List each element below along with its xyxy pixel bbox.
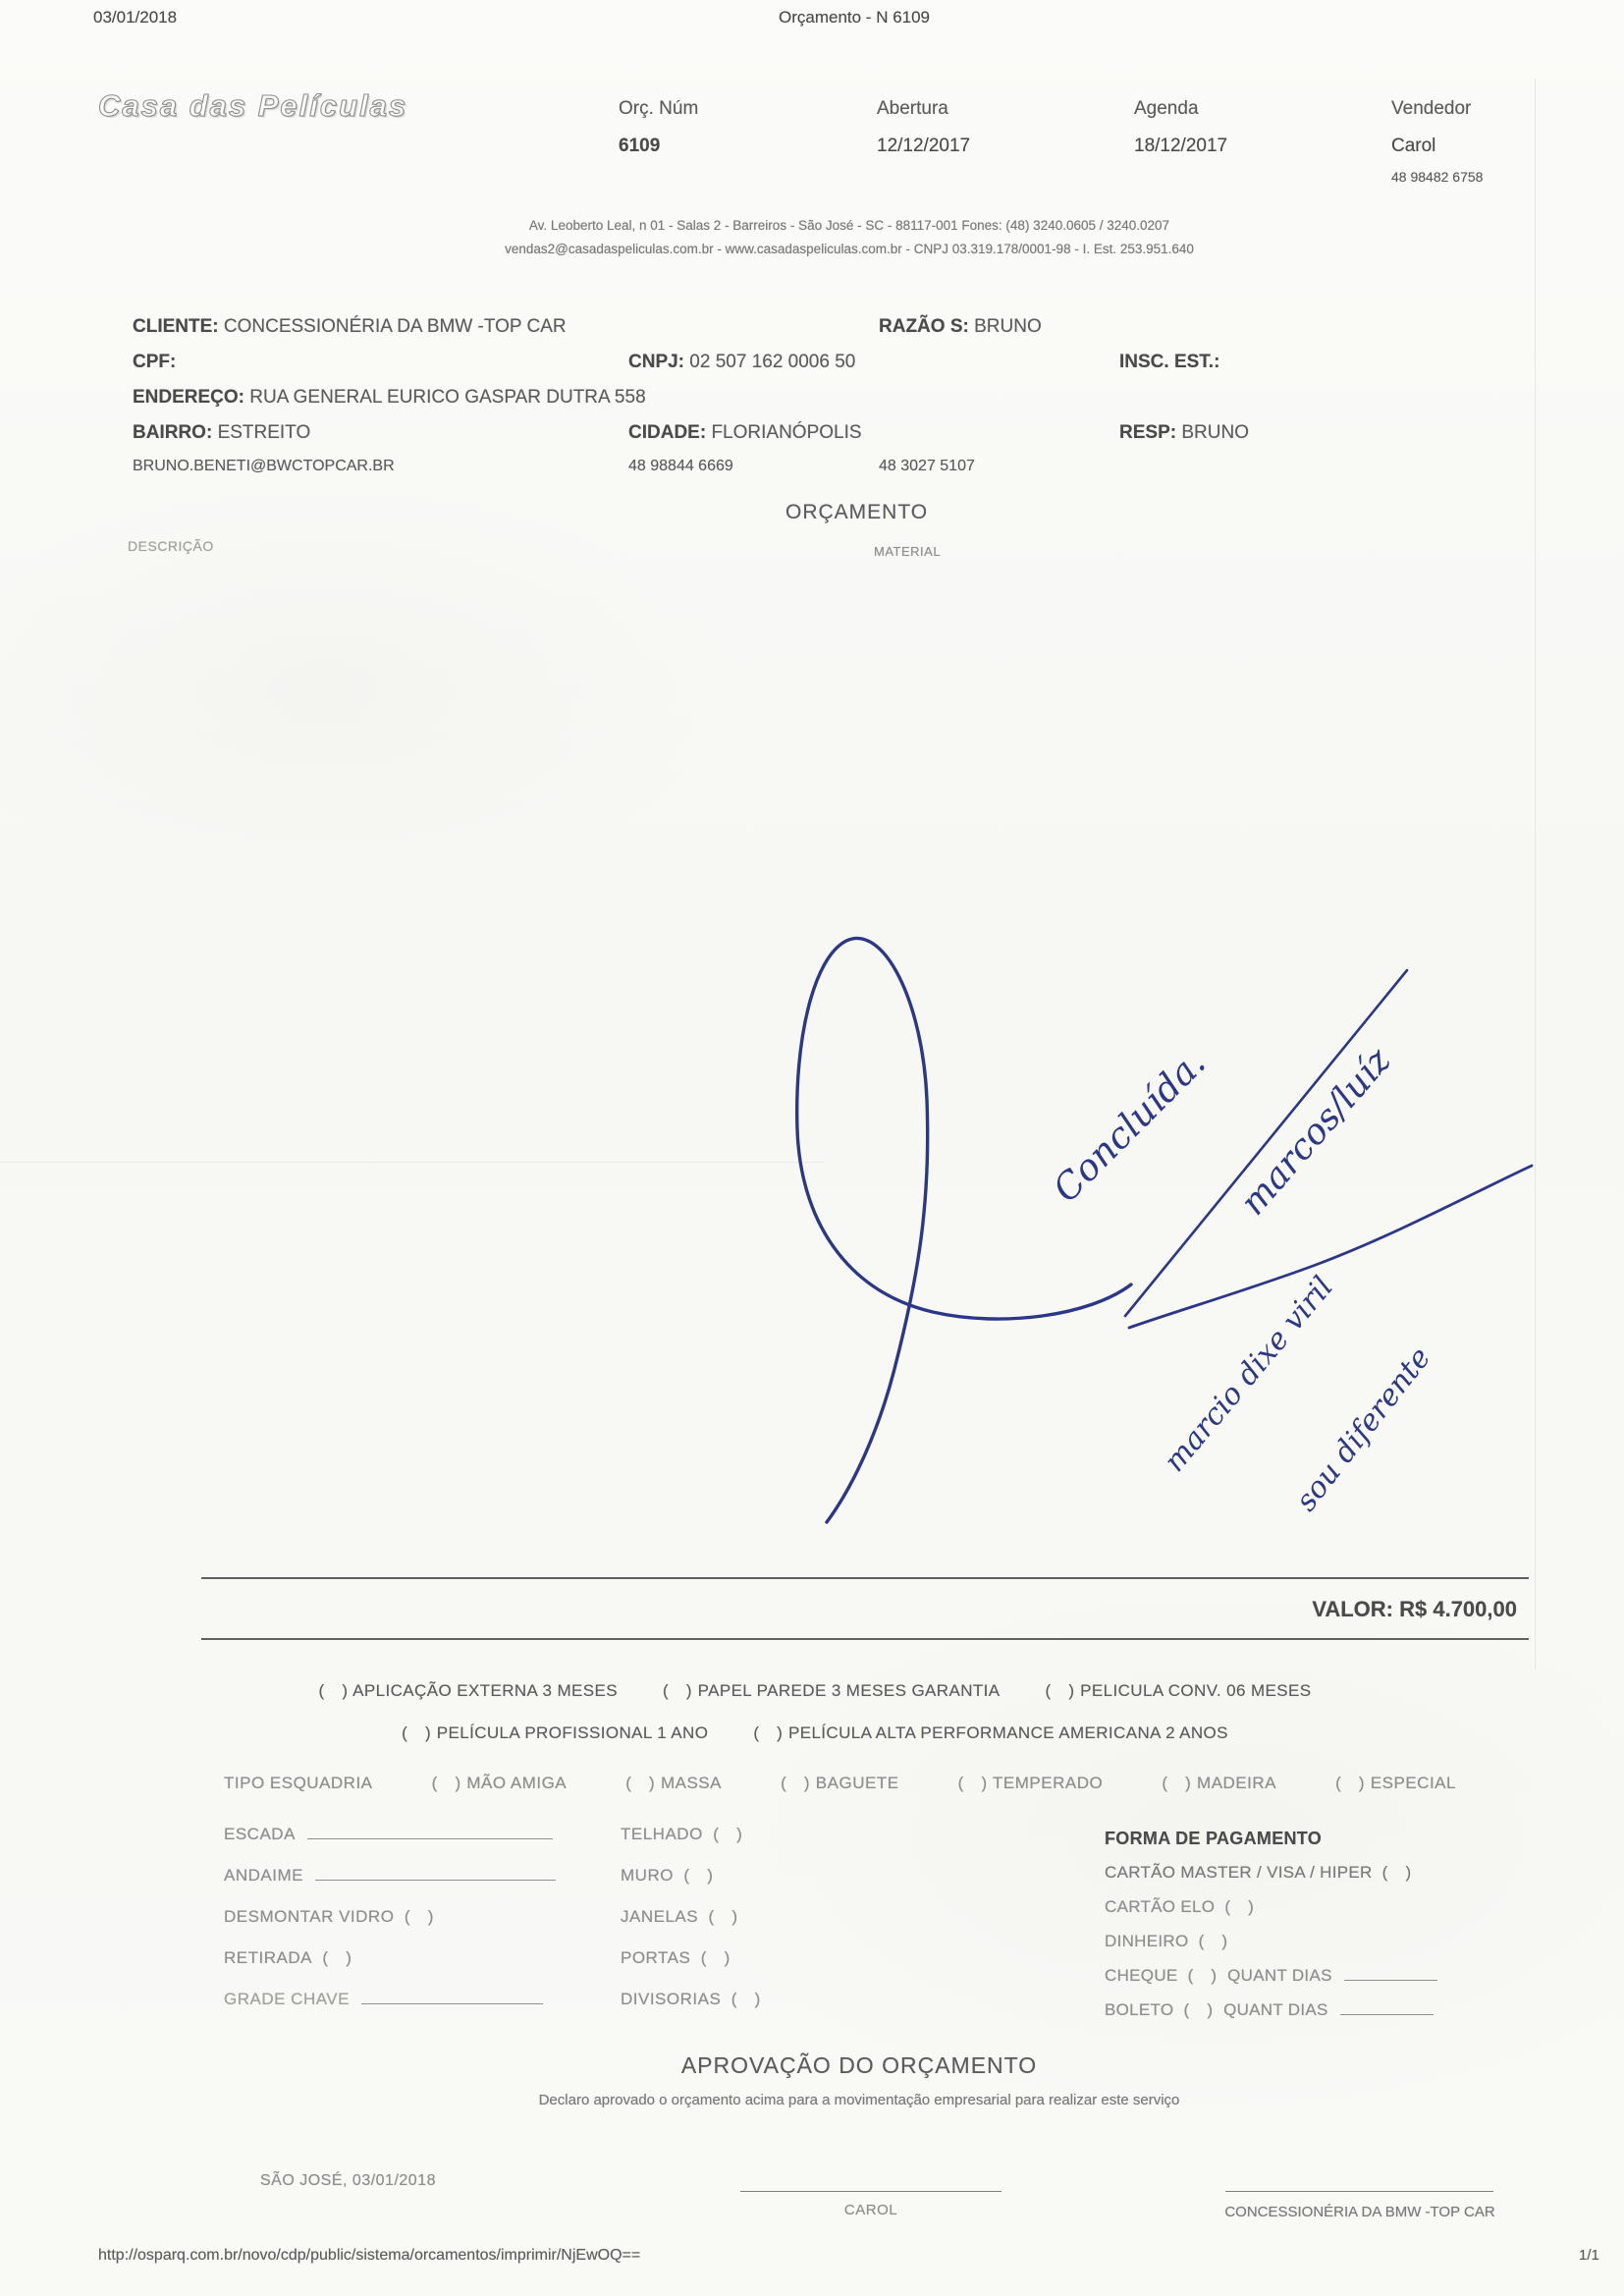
checkbox-glyph: ( ): [1162, 1774, 1192, 1792]
payment-item-dinheiro: DINHEIRO ( ): [1105, 1932, 1437, 1966]
work-item-grade-chave: GRADE CHAVE: [224, 1990, 556, 2031]
checkbox-glyph: ( ): [709, 1907, 739, 1926]
esquadria-row: TIPO ESQUADRIA ( ) MÃO AMIGA ( ) MASSA (…: [224, 1774, 1456, 1793]
payment-item-label: DINHEIRO: [1105, 1932, 1189, 1950]
esquadria-option: ( ) MASSA: [625, 1774, 722, 1793]
scanned-budget-document: 03/01/2018 Orçamento - N 6109 Casa das P…: [0, 0, 1624, 2296]
warranty-option-label: PELÍCULA ALTA PERFORMANCE AMERICANA 2 AN…: [788, 1723, 1228, 1742]
approval-title: APROVAÇÃO DO ORÇAMENTO: [0, 2052, 1624, 2079]
esquadria-option-label: TEMPERADO: [993, 1774, 1103, 1792]
checkbox-glyph: ( ): [625, 1774, 656, 1792]
work-item-muro: MURO ( ): [621, 1866, 761, 1907]
fill-in-line: [1340, 2000, 1434, 2015]
footer-url: http://osparq.com.br/novo/cdp/public/sis…: [98, 2247, 640, 2265]
checkbox-glyph: ( ): [683, 1866, 714, 1885]
work-item-label: DIVISORIAS: [621, 1990, 721, 2008]
checkbox-glyph: ( ): [1335, 1774, 1366, 1792]
esquadria-option: ( ) MÃO AMIGA: [432, 1774, 568, 1793]
work-item-telhado: TELHADO ( ): [621, 1825, 761, 1866]
checkbox-glyph: ( ): [781, 1774, 811, 1792]
esquadria-option: ( ) BAGUETE: [781, 1774, 898, 1793]
work-item-label: RETIRADA: [224, 1948, 312, 1967]
valor-bottom-rule: [201, 1638, 1529, 1640]
esquadria-option-label: MASSA: [661, 1774, 722, 1792]
work-item-divisorias: DIVISORIAS ( ): [621, 1990, 761, 2031]
payment-item-cartao-elo: CARTÃO ELO ( ): [1105, 1897, 1437, 1932]
checkbox-glyph: ( ): [1382, 1863, 1413, 1882]
work-item-label: MURO: [621, 1866, 674, 1885]
checkbox-glyph: ( ): [322, 1948, 352, 1967]
work-options-left-column: ESCADA ANDAIME DESMONTAR VIDRO ( ) RETIR…: [224, 1825, 556, 2031]
valor-top-rule: [201, 1577, 1529, 1579]
warranty-options-row-1: ( ) APLICAÇÃO EXTERNA 3 MESES ( ) PAPEL …: [177, 1681, 1453, 1701]
work-item-label: GRADE CHAVE: [224, 1990, 350, 2008]
fill-in-line: [1344, 1966, 1437, 1981]
warranty-option-label: PELÍCULA PROFISSIONAL 1 ANO: [437, 1723, 709, 1742]
warranty-option-label: PELICULA CONV. 06 MESES: [1080, 1681, 1311, 1700]
work-item-desmontar-vidro: DESMONTAR VIDRO ( ): [224, 1907, 556, 1948]
valor-total: VALOR: R$ 4.700,00: [1164, 1597, 1517, 1622]
work-item-label: TELHADO: [621, 1825, 703, 1843]
work-item-label: ESCADA: [224, 1825, 296, 1843]
signature-line-vendor: [740, 2191, 1001, 2192]
esquadria-option: ( ) ESPECIAL: [1335, 1774, 1456, 1793]
checkbox-glyph: ( ): [713, 1825, 743, 1843]
esquadria-option: ( ) MADEIRA: [1162, 1774, 1276, 1793]
place-and-date: SÃO JOSÉ, 03/01/2018: [260, 2172, 436, 2190]
warranty-option: ( ) PELÍCULA PROFISSIONAL 1 ANO: [402, 1723, 708, 1743]
payment-item-cheque: CHEQUE ( ) QUANT DIAS: [1105, 1966, 1437, 2000]
checkbox-glyph: ( ): [402, 1723, 432, 1742]
arrow-upper-line-stroke: [1125, 970, 1407, 1316]
page-indicator: 1/1: [1579, 2247, 1599, 2264]
payment-item-label: BOLETO: [1105, 2000, 1173, 2019]
work-item-janelas: JANELAS ( ): [621, 1907, 761, 1948]
approval-declaration: Declaro aprovado o orçamento acima para …: [0, 2092, 1624, 2108]
checkbox-glyph: ( ): [958, 1774, 989, 1792]
warranty-option: ( ) PELÍCULA ALTA PERFORMANCE AMERICANA …: [753, 1723, 1228, 1743]
checkbox-glyph: ( ): [663, 1681, 693, 1700]
esquadria-option-label: BAGUETE: [816, 1774, 899, 1792]
fill-in-line: [361, 1990, 543, 2004]
checkbox-glyph: ( ): [1199, 1932, 1229, 1950]
checkbox-glyph: ( ): [753, 1723, 784, 1742]
pen-loop-stroke: [797, 938, 1131, 1522]
work-item-retirada: RETIRADA ( ): [224, 1948, 556, 1990]
esquadria-label: TIPO ESQUADRIA: [224, 1774, 373, 1793]
work-options-middle-column: TELHADO ( ) MURO ( ) JANELAS ( ) PORTAS …: [621, 1825, 761, 2031]
payment-item-cartao-master: CARTÃO MASTER / VISA / HIPER ( ): [1105, 1863, 1437, 1897]
warranty-option: ( ) PELICULA CONV. 06 MESES: [1046, 1681, 1312, 1701]
work-item-andaime: ANDAIME: [224, 1866, 556, 1907]
warranty-option: ( ) PAPEL PAREDE 3 MESES GARANTIA: [663, 1681, 1001, 1701]
work-item-label: ANDAIME: [224, 1866, 303, 1885]
work-item-label: PORTAS: [621, 1948, 690, 1967]
signature-name-vendor: CAROL: [740, 2202, 1001, 2218]
checkbox-glyph: ( ): [1188, 1966, 1218, 1985]
checkbox-glyph: ( ): [731, 1990, 762, 2008]
esquadria-option-label: MADEIRA: [1197, 1774, 1276, 1792]
checkbox-glyph: ( ): [1046, 1681, 1076, 1700]
payment-item-boleto: BOLETO ( ) QUANT DIAS: [1105, 2000, 1437, 2035]
checkbox-glyph: ( ): [432, 1774, 462, 1792]
signature-line-client: [1225, 2191, 1493, 2192]
checkbox-glyph: ( ): [405, 1907, 435, 1926]
esquadria-option-label: ESPECIAL: [1371, 1774, 1456, 1792]
work-item-label: DESMONTAR VIDRO: [224, 1907, 394, 1926]
warranty-option: ( ) APLICAÇÃO EXTERNA 3 MESES: [318, 1681, 618, 1701]
checkbox-glyph: ( ): [701, 1948, 731, 1967]
work-item-label: JANELAS: [621, 1907, 698, 1926]
payment-section: FORMA DE PAGAMENTO CARTÃO MASTER / VISA …: [1105, 1829, 1437, 2035]
esquadria-option: ( ) TEMPERADO: [958, 1774, 1104, 1793]
work-item-portas: PORTAS ( ): [621, 1948, 761, 1990]
esquadria-option-label: MÃO AMIGA: [466, 1774, 567, 1792]
payment-item-label: CARTÃO MASTER / VISA / HIPER: [1105, 1863, 1373, 1882]
quant-dias-label: QUANT DIAS: [1223, 2000, 1328, 2019]
checkbox-glyph: ( ): [1224, 1897, 1255, 1916]
fill-in-line: [307, 1825, 553, 1839]
warranty-options-row-2: ( ) PELÍCULA PROFISSIONAL 1 ANO ( ) PELÍ…: [177, 1723, 1453, 1743]
checkbox-glyph: ( ): [1184, 2000, 1215, 2019]
quant-dias-label: QUANT DIAS: [1227, 1966, 1332, 1985]
signature-name-client: CONCESSIONÉRIA DA BMW -TOP CAR: [1168, 2204, 1551, 2220]
warranty-option-label: APLICAÇÃO EXTERNA 3 MESES: [352, 1681, 618, 1700]
work-item-escada: ESCADA: [224, 1825, 556, 1866]
payment-item-label: CARTÃO ELO: [1105, 1897, 1215, 1916]
checkbox-glyph: ( ): [318, 1681, 349, 1700]
payment-title: FORMA DE PAGAMENTO: [1105, 1829, 1437, 1863]
payment-item-label: CHEQUE: [1105, 1966, 1178, 1985]
warranty-option-label: PAPEL PAREDE 3 MESES GARANTIA: [698, 1681, 1001, 1700]
fill-in-line: [315, 1866, 556, 1881]
